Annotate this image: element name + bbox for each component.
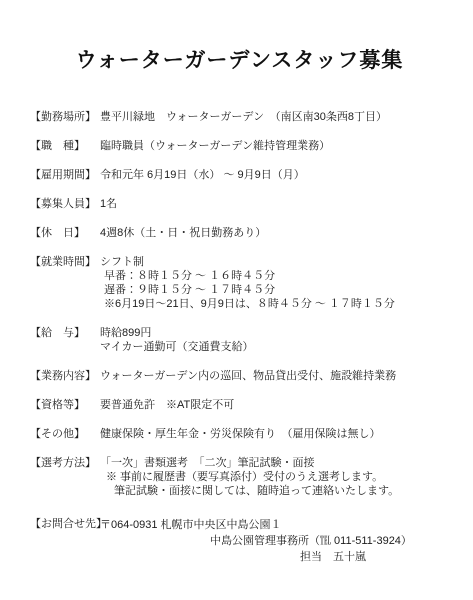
job-notice-document: ウォーターガーデンスタッフ募集 【勤務場所】 豊平川緑地 ウォーターガーデン （… (0, 0, 473, 600)
field-value-group: 令和元年 6月19日（水） ～ 9月9日（月） (100, 168, 449, 182)
field-value: 豊平川緑地 ウォーターガーデン （南区南30条西8丁目） (100, 110, 449, 124)
field-value: 筆記試験・面接に関しては、随時追って連絡いたします。 (100, 484, 449, 498)
field-value: 早番：８時１５分 ～ １６時４５分 (100, 269, 449, 283)
field-row-job-type: 【職 種】 臨時職員（ウォーターガーデン維持管理業務） (30, 139, 449, 153)
field-label: 【その他】 (30, 427, 100, 441)
field-value: 4週8休（土・日・祝日勤務あり） (100, 226, 449, 240)
field-label: 【職 種】 (30, 139, 100, 153)
field-row-employment-period: 【雇用期間】 令和元年 6月19日（水） ～ 9月9日（月） (30, 168, 449, 182)
field-value: シフト制 (100, 255, 449, 269)
field-label: 【資格等】 (30, 398, 100, 412)
field-value: 時給899円 (100, 326, 449, 340)
field-label: 【募集人員】 (30, 197, 100, 211)
field-value: ウォーターガーデン内の巡回、物品貸出受付、施設維持業務 (100, 369, 449, 383)
field-value: 「一次」書類選考 「二次」筆記試験・面接 (100, 456, 449, 470)
field-label: 【休 日】 (30, 226, 100, 240)
field-row-contact: 【お問合せ先】 〒064-0931 札幌市中央区中島公園１ 中島公園管理事務所（… (30, 517, 449, 565)
field-value-group: 「一次」書類選考 「二次」筆記試験・面接 ※ 事前に履歴書（要写真添付）受付のう… (100, 456, 449, 498)
field-value: 臨時職員（ウォーターガーデン維持管理業務） (100, 139, 449, 153)
field-row-positions: 【募集人員】 1名 (30, 197, 449, 211)
field-row-workplace: 【勤務場所】 豊平川緑地 ウォーターガーデン （南区南30条西8丁目） (30, 110, 449, 124)
field-row-other: 【その他】 健康保険・厚生年金・労災保険有り （雇用保険は無し） (30, 427, 449, 441)
contact-office-phone: 中島公園管理事務所（℡ 011-511-3924） (100, 533, 449, 549)
field-row-selection-method: 【選考方法】 「一次」書類選考 「二次」筆記試験・面接 ※ 事前に履歴書（要写真… (30, 456, 449, 498)
field-value-group: 時給899円 マイカー通勤可（交通費支給） (100, 326, 449, 354)
field-value: ※6月19日～21日、9月9日は、８時４５分 ～ １７時１５分 (100, 297, 449, 311)
field-value-group: 臨時職員（ウォーターガーデン維持管理業務） (100, 139, 449, 153)
field-label: 【選考方法】 (30, 456, 100, 470)
field-value: 遅番：９時１５分 ～ １７時４５分 (100, 283, 449, 297)
contact-person: 担当 五十嵐 (100, 549, 449, 565)
field-label: 【勤務場所】 (30, 110, 100, 124)
field-row-salary: 【給 与】 時給899円 マイカー通勤可（交通費支給） (30, 326, 449, 354)
field-value-group: 健康保険・厚生年金・労災保険有り （雇用保険は無し） (100, 427, 449, 441)
field-value-group: シフト制 早番：８時１５分 ～ １６時４５分 遅番：９時１５分 ～ １７時４５分… (100, 255, 449, 311)
field-value-group: 豊平川緑地 ウォーターガーデン （南区南30条西8丁目） (100, 110, 449, 124)
field-row-holidays: 【休 日】 4週8休（土・日・祝日勤務あり） (30, 226, 449, 240)
field-value-group: 4週8休（土・日・祝日勤務あり） (100, 226, 449, 240)
field-value: 健康保険・厚生年金・労災保険有り （雇用保険は無し） (100, 427, 449, 441)
field-value-group: 要普通免許 ※AT限定不可 (100, 398, 449, 412)
field-row-working-hours: 【就業時間】 シフト制 早番：８時１５分 ～ １６時４５分 遅番：９時１５分 ～… (30, 255, 449, 311)
field-label: 【お問合せ先】 (30, 517, 100, 531)
field-value-group: 1名 (100, 197, 449, 211)
field-label: 【就業時間】 (30, 255, 100, 269)
field-row-qualifications: 【資格等】 要普通免許 ※AT限定不可 (30, 398, 449, 412)
field-value-group: 〒064-0931 札幌市中央区中島公園１ 中島公園管理事務所（℡ 011-51… (100, 517, 449, 565)
page-title: ウォーターガーデンスタッフ募集 (30, 44, 449, 74)
field-value: 1名 (100, 197, 449, 211)
field-value: マイカー通勤可（交通費支給） (100, 340, 449, 354)
field-row-duties: 【業務内容】 ウォーターガーデン内の巡回、物品貸出受付、施設維持業務 (30, 369, 449, 383)
field-label: 【給 与】 (30, 326, 100, 340)
field-value: ※ 事前に履歴書（要写真添付）受付のうえ選考します。 (100, 470, 449, 484)
field-value-group: ウォーターガーデン内の巡回、物品貸出受付、施設維持業務 (100, 369, 449, 383)
field-label: 【雇用期間】 (30, 168, 100, 182)
field-value: 令和元年 6月19日（水） ～ 9月9日（月） (100, 168, 449, 182)
field-label: 【業務内容】 (30, 369, 100, 383)
contact-address: 〒064-0931 札幌市中央区中島公園１ (100, 517, 449, 533)
field-value: 要普通免許 ※AT限定不可 (100, 398, 449, 412)
